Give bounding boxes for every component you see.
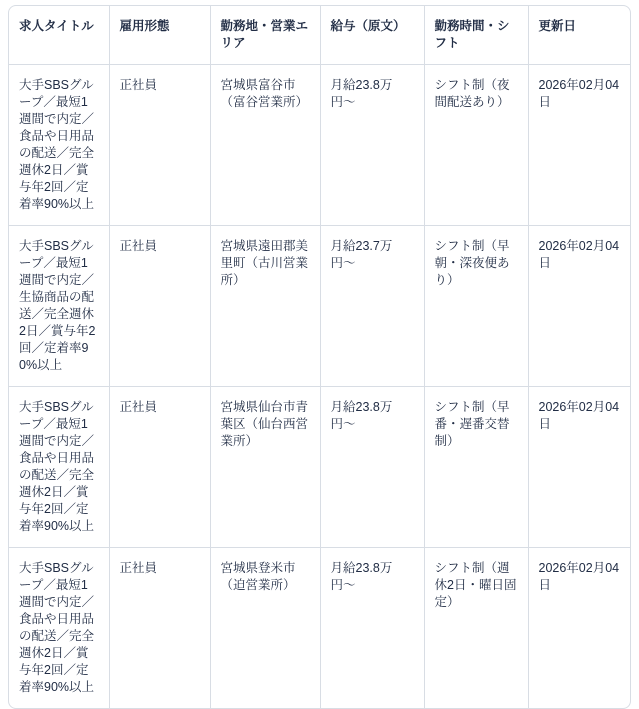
table-row: 大手SBSグループ／最短1週間で内定／食品や日用品の配送／完全週休2日／賞与年2… bbox=[9, 548, 630, 635]
employment-type-cell: 正社員 bbox=[109, 387, 210, 548]
job-title-cell: 大手SBSグループ／最短1週間で内定／生協商品の配送／完全週休2日／賞与年2回／… bbox=[9, 226, 109, 387]
updated-date-cell: 2026年02月04日 bbox=[528, 548, 630, 635]
shift-cell: シフト制（週休2日・曜日固定） bbox=[424, 548, 528, 635]
location-cell: 宮城県富谷市（富谷営業所） bbox=[210, 65, 320, 226]
salary-cell: 月給23.8万円〜 bbox=[320, 387, 424, 548]
salary-cell: 月給23.8万円〜 bbox=[320, 548, 424, 635]
shift-cell: シフト制（早朝・深夜便あり） bbox=[424, 226, 528, 387]
table-body: 大手SBSグループ／最短1週間で内定／食品や日用品の配送／完全週休2日／賞与年2… bbox=[9, 65, 630, 635]
salary-cell: 月給23.7万円〜 bbox=[320, 226, 424, 387]
salary-cell: 月給23.8万円〜 bbox=[320, 65, 424, 226]
table-row: 大手SBSグループ／最短1週間で内定／食品や日用品の配送／完全週休2日／賞与年2… bbox=[9, 65, 630, 226]
job-title-cell: 大手SBSグループ／最短1週間で内定／食品や日用品の配送／完全週休2日／賞与年2… bbox=[9, 65, 109, 226]
table-header: 求人タイトル 雇用形態 勤務地・営業エリア 給与（原文） 勤務時間・シフト 更新… bbox=[9, 6, 630, 65]
location-cell: 宮城県遠田郡美里町（古川営業所） bbox=[210, 226, 320, 387]
shift-cell: シフト制（夜間配送あり） bbox=[424, 65, 528, 226]
job-listings-table-container: 求人タイトル 雇用形態 勤務地・営業エリア 給与（原文） 勤務時間・シフト 更新… bbox=[8, 5, 631, 634]
table-row: 大手SBSグループ／最短1週間で内定／生協商品の配送／完全週休2日／賞与年2回／… bbox=[9, 226, 630, 387]
job-listings-table: 求人タイトル 雇用形態 勤務地・営業エリア 給与（原文） 勤務時間・シフト 更新… bbox=[9, 6, 630, 634]
table-row: 大手SBSグループ／最短1週間で内定／食品や日用品の配送／完全週休2日／賞与年2… bbox=[9, 387, 630, 548]
header-cell-shift: 勤務時間・シフト bbox=[424, 6, 528, 65]
location-cell: 宮城県登米市（迫営業所） bbox=[210, 548, 320, 635]
employment-type-cell: 正社員 bbox=[109, 548, 210, 635]
location-cell: 宮城県仙台市青葉区（仙台西営業所） bbox=[210, 387, 320, 548]
updated-date-cell: 2026年02月04日 bbox=[528, 226, 630, 387]
shift-cell: シフト制（早番・遅番交替制） bbox=[424, 387, 528, 548]
updated-date-cell: 2026年02月04日 bbox=[528, 387, 630, 548]
header-cell-salary: 給与（原文） bbox=[320, 6, 424, 65]
header-cell-updated: 更新日 bbox=[528, 6, 630, 65]
updated-date-cell: 2026年02月04日 bbox=[528, 65, 630, 226]
employment-type-cell: 正社員 bbox=[109, 65, 210, 226]
header-cell-location: 勤務地・営業エリア bbox=[210, 6, 320, 65]
header-row: 求人タイトル 雇用形態 勤務地・営業エリア 給与（原文） 勤務時間・シフト 更新… bbox=[9, 6, 630, 65]
header-cell-job-title: 求人タイトル bbox=[9, 6, 109, 65]
job-title-cell: 大手SBSグループ／最短1週間で内定／食品や日用品の配送／完全週休2日／賞与年2… bbox=[9, 387, 109, 548]
job-title-cell: 大手SBSグループ／最短1週間で内定／食品や日用品の配送／完全週休2日／賞与年2… bbox=[9, 548, 109, 635]
employment-type-cell: 正社員 bbox=[109, 226, 210, 387]
header-cell-employment-type: 雇用形態 bbox=[109, 6, 210, 65]
